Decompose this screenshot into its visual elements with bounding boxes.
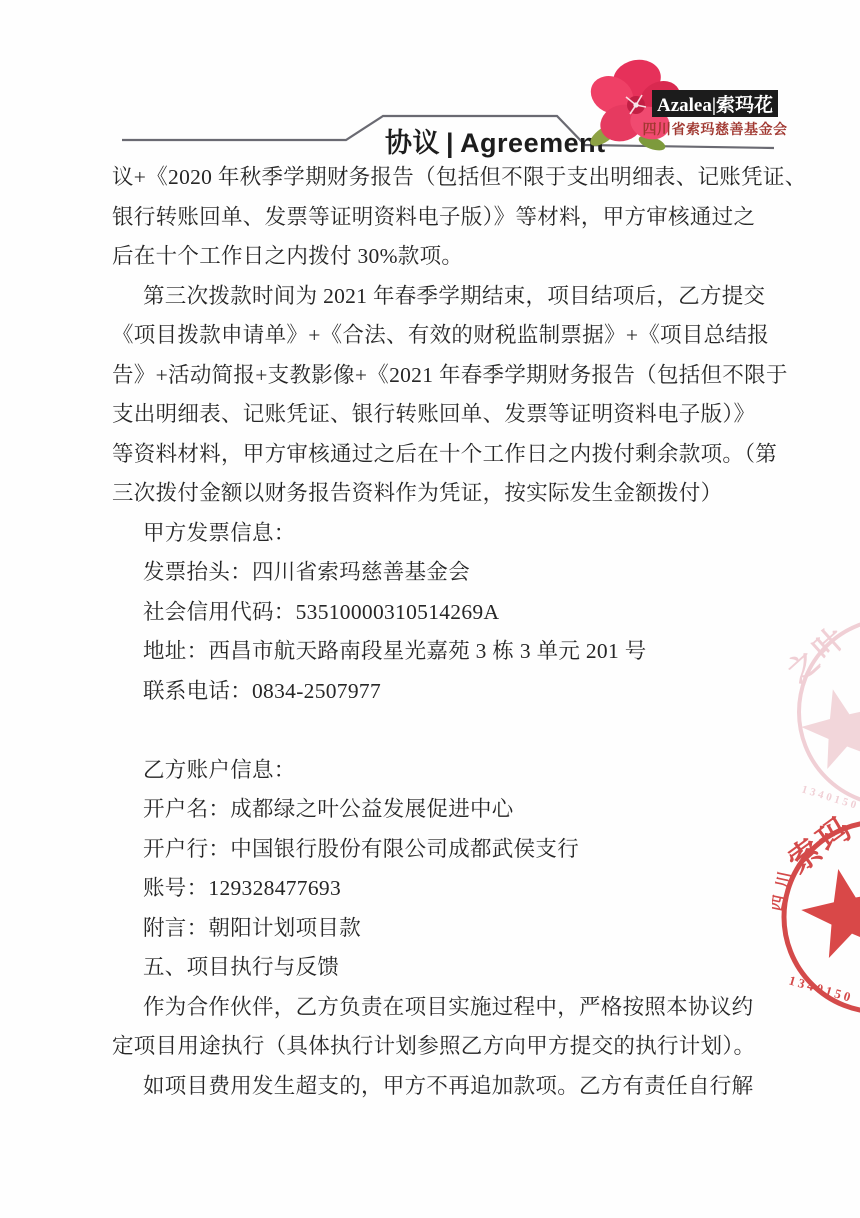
body-line: 乙方账户信息：: [112, 751, 772, 791]
seal-lower-star-icon: [795, 860, 860, 962]
body-line: 账号：129328477693: [112, 869, 772, 909]
body-line: 第三次拨款时间为 2021 年春季学期结束，项目结项后，乙方提交: [112, 277, 772, 317]
page-title-zh: 协议: [385, 128, 440, 158]
body-line: 银行转账回单、发票等证明资料电子版）》等材料，甲方审核通过之: [112, 198, 772, 238]
agreement-body-text: 议+《2020 年秋季学期财务报告（包括但不限于支出明细表、记账凭证、 银行转账…: [112, 158, 772, 1106]
foundation-logo: Azalea|索玛花 四川省索玛慈善基金会: [580, 55, 785, 150]
seal-stamp-upper: 之叶 1340150: [787, 612, 860, 822]
body-line: 附言：朝阳计划项目款: [112, 909, 772, 949]
seal-lower-arc-text: 索玛: [781, 812, 860, 880]
body-line: 联系电话：0834-2507977: [112, 672, 772, 712]
body-line: 定项目用途执行（具体执行计划参照乙方向甲方提交的执行计划）。: [112, 1027, 772, 1067]
body-line: 《项目拨款申请单》+《合法、有效的财税监制票据》+《项目总结报: [112, 316, 772, 356]
body-line: 等资料材料，甲方审核通过之后在十个工作日之内拨付剩余款项。（第: [112, 435, 772, 475]
page-title-separator: |: [440, 128, 460, 158]
seal-stamp-lower: 索玛 四川 1340150: [772, 812, 860, 1024]
body-line: 议+《2020 年秋季学期财务报告（包括但不限于支出明细表、记账凭证、: [112, 158, 772, 198]
body-line: 地址：西昌市航天路南段星光嘉苑 3 栋 3 单元 201 号: [112, 632, 772, 672]
body-line: 三次拨付金额以财务报告资料作为凭证，按实际发生金额拨付）: [112, 474, 772, 514]
body-line: 后在十个工作日之内拨付 30%款项。: [112, 237, 772, 277]
body-line: 支出明细表、记账凭证、银行转账回单、发票等证明资料电子版）》: [112, 395, 772, 435]
brand-wordmark: Azalea|索玛花: [652, 90, 778, 117]
seal-upper-star-icon: [794, 680, 860, 773]
body-line: 开户行：中国银行股份有限公司成都武侯支行: [112, 830, 772, 870]
seal-lower-digits: 1340150: [787, 972, 855, 1005]
body-line: 五、项目执行与反馈: [112, 948, 772, 988]
page-title: 协议|Agreement: [385, 121, 585, 160]
seal-lower-left-text: 四川: [772, 862, 796, 913]
seal-upper-digits: 1340150: [800, 783, 860, 812]
body-line: 发票抬头：四川省索玛慈善基金会: [112, 553, 772, 593]
body-line: 开户名：成都绿之叶公益发展促进中心: [112, 790, 772, 830]
body-line: 作为合作伙伴，乙方负责在项目实施过程中，严格按照本协议约: [112, 988, 772, 1028]
body-line: 社会信用代码：53510000310514269A: [112, 593, 772, 633]
org-name: 四川省索玛慈善基金会: [642, 119, 788, 139]
body-line: 如项目费用发生超支的，甲方不再追加款项。乙方有责任自行解: [112, 1067, 772, 1107]
body-line: 甲方发票信息：: [112, 514, 772, 554]
body-line-blank: [112, 711, 772, 751]
scanned-agreement-page: 协议|Agreement Azalea|索玛花 四川省索玛慈善基金会 议+《20…: [0, 0, 860, 1218]
seal-upper-arc-text: 之叶: [787, 619, 854, 689]
body-line: 告》+活动简报+支教影像+《2021 年春季学期财务报告（包括但不限于: [112, 356, 772, 396]
